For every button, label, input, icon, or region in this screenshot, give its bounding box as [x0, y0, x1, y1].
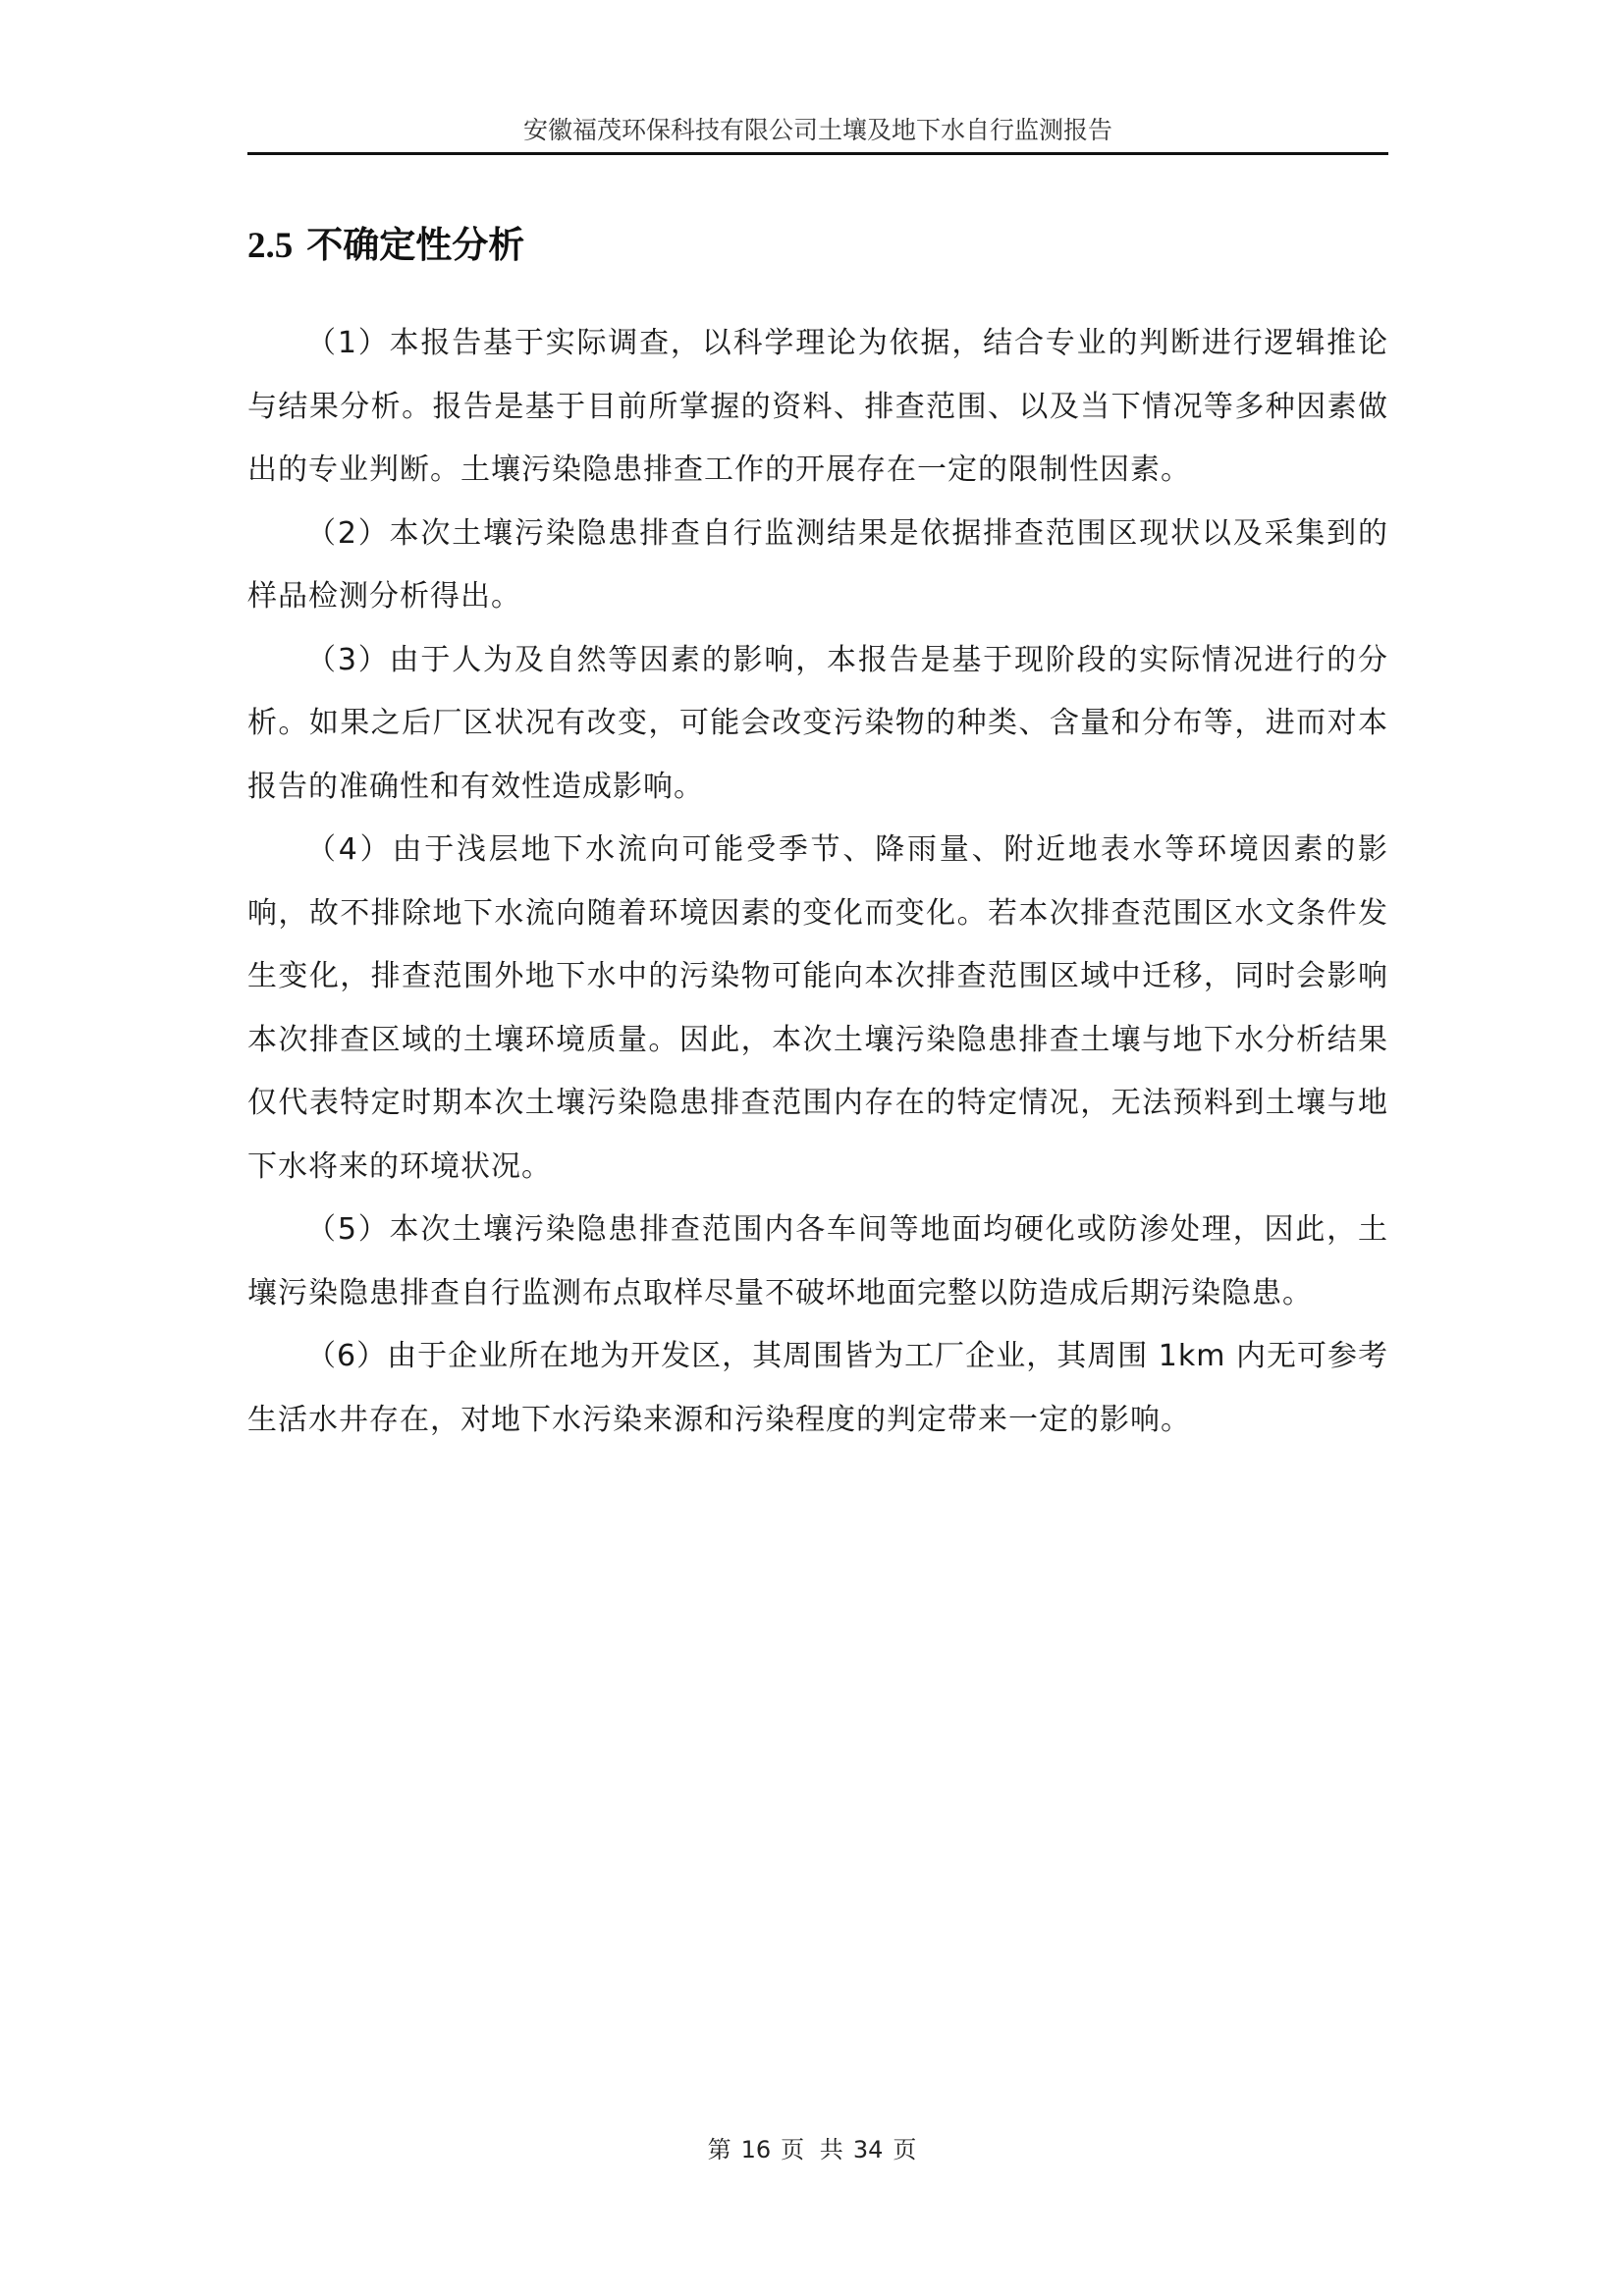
page-number-footer: 第16页 共34页	[0, 2135, 1624, 2164]
header-divider	[247, 152, 1388, 155]
section-title-text: 不确定性分析	[306, 224, 524, 266]
footer-suffix: 页	[893, 2136, 916, 2163]
paragraph-5: （5）本次土壤污染隐患排查范围内各车间等地面均硬化或防渗处理，因此，土壤污染隐患…	[247, 1199, 1388, 1325]
section-heading: 2.5不确定性分析	[247, 224, 524, 268]
total-pages-number: 34	[853, 2136, 884, 2163]
footer-middle: 页 共	[781, 2136, 843, 2163]
paragraph-1: （1）本报告基于实际调查，以科学理论为依据，结合专业的判断进行逻辑推论与结果分析…	[247, 312, 1388, 503]
paragraph-2: （2）本次土壤污染隐患排查自行监测结果是依据排查范围区现状以及采集到的样品检测分…	[247, 503, 1388, 629]
running-header: 安徽福茂环保科技有限公司土壤及地下水自行监测报告	[247, 116, 1388, 145]
footer-prefix: 第	[708, 2136, 731, 2163]
paragraph-6: （6）由于企业所在地为开发区，其周围皆为工厂企业，其周围 1km 内无可参考生活…	[247, 1325, 1388, 1452]
section-body: （1）本报告基于实际调查，以科学理论为依据，结合专业的判断进行逻辑推论与结果分析…	[247, 312, 1388, 1452]
current-page-number: 16	[741, 2136, 772, 2163]
section-number: 2.5	[247, 226, 293, 266]
paragraph-3: （3）由于人为及自然等因素的影响，本报告是基于现阶段的实际情况进行的分析。如果之…	[247, 629, 1388, 820]
paragraph-4: （4）由于浅层地下水流向可能受季节、降雨量、附近地表水等环境因素的影响，故不排除…	[247, 819, 1388, 1199]
